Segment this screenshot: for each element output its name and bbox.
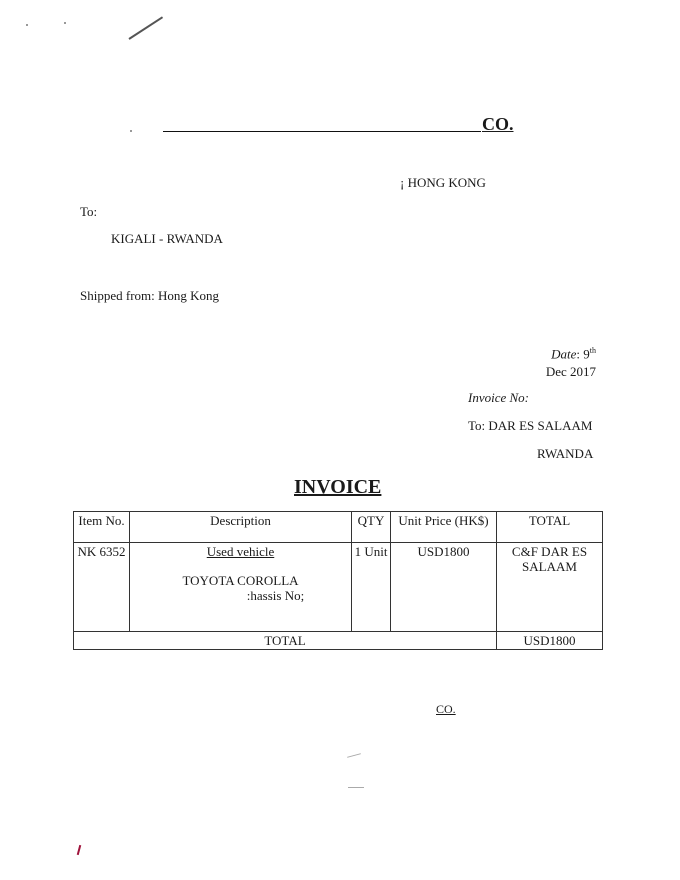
- header-description: Description: [130, 512, 352, 543]
- invoice-number-label: Invoice No:: [468, 390, 529, 405]
- signature-mark: [347, 753, 361, 758]
- pen-mark: [128, 16, 163, 39]
- destination: To: DAR ES SALAAM: [468, 418, 592, 434]
- cell-description: Used vehicle TOYOTA COROLLA :hassis No;: [130, 543, 352, 632]
- signature-mark: [348, 787, 364, 788]
- invoice-title: INVOICE: [294, 476, 381, 499]
- description-model: TOYOTA COROLLA: [132, 573, 349, 588]
- recipient-address: KIGALI - RWANDA: [111, 231, 223, 247]
- table-header-row: Item No. Description QTY Unit Price (HK$…: [74, 512, 603, 543]
- company-name-line: [163, 131, 481, 132]
- total-label: TOTAL: [74, 632, 497, 650]
- scan-speck: [26, 24, 28, 26]
- header-item-no: Item No.: [74, 512, 130, 543]
- cell-unit-price: USD1800: [391, 543, 497, 632]
- header-unit-price: Unit Price (HK$): [391, 512, 497, 543]
- scan-speck: [130, 130, 132, 132]
- company-suffix: CO.: [482, 114, 514, 135]
- date-label: Date: [551, 346, 576, 361]
- table-total-row: TOTAL USD1800: [74, 632, 603, 650]
- invoice-date: Date: 9th Dec 2017: [520, 342, 596, 381]
- destination-country: RWANDA: [537, 446, 593, 462]
- shipped-from: Shipped from: Hong Kong: [80, 288, 219, 304]
- company-location: ¡ HONG KONG: [400, 175, 486, 191]
- cell-qty: 1 Unit: [352, 543, 391, 632]
- description-title: Used vehicle: [132, 544, 349, 559]
- scan-speck: [64, 22, 66, 24]
- table-row: NK 6352 Used vehicle TOYOTA COROLLA :has…: [74, 543, 603, 632]
- date-suffix: th: [590, 346, 596, 355]
- header-total: TOTAL: [497, 512, 603, 543]
- invoice-number: Invoice No:: [468, 390, 529, 406]
- red-ink-mark: [77, 845, 82, 855]
- total-value: USD1800: [497, 632, 603, 650]
- invoice-table: Item No. Description QTY Unit Price (HK$…: [73, 511, 603, 650]
- description-chassis: :hassis No;: [202, 588, 349, 603]
- cell-total: C&F DAR ES SALAAM: [497, 543, 603, 632]
- footer-company-suffix: CO.: [436, 702, 456, 717]
- date-day: : 9: [576, 346, 589, 361]
- to-label: To:: [80, 204, 97, 220]
- cell-item-no: NK 6352: [74, 543, 130, 632]
- header-qty: QTY: [352, 512, 391, 543]
- date-month-year: Dec 2017: [546, 364, 596, 379]
